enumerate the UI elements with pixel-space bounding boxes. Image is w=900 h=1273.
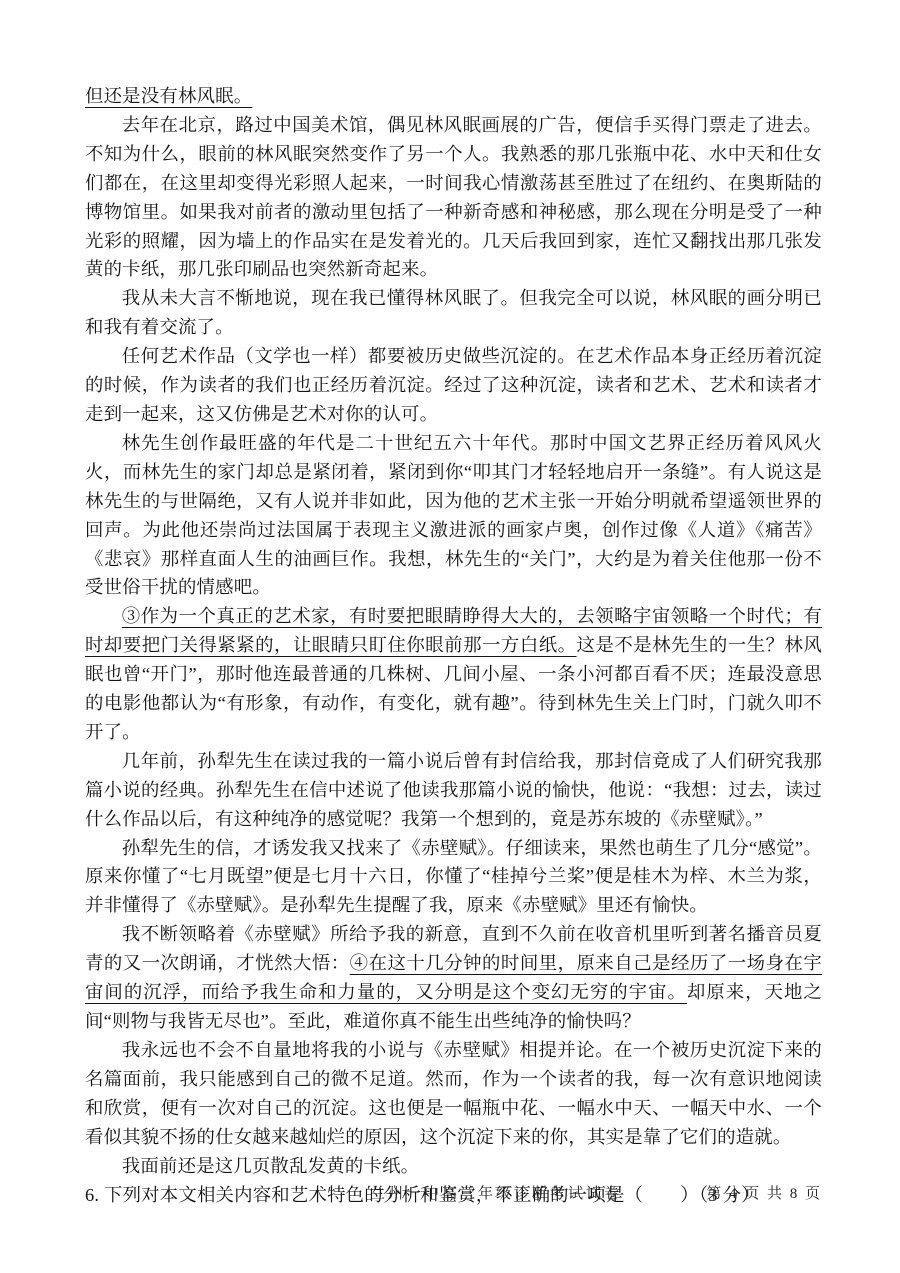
paragraph-artist-eyes: ③作为一个真正的艺术家，有时要把眼睛睁得大大的，去领略宇宙领略一个时代；有时却要… xyxy=(85,602,822,747)
text-segment: 林先生创作最旺盛的年代是二十世纪五六十年代。那时中国文艺界正经历着风风火火，而林… xyxy=(85,433,822,598)
text-segment: 我面前还是这几页散乱发黄的卡纸。 xyxy=(122,1156,419,1176)
paragraph-closing-line: 我面前还是这几页散乱发黄的卡纸。 xyxy=(85,1152,822,1181)
text-segment: 去年在北京，路过中国美术馆，偶见林风眠画展的广告，便信手买得门票走了进去。不知为… xyxy=(85,115,822,280)
article-text: 但还是没有林风眠。去年在北京，路过中国美术馆，偶见林风眠画展的广告，便信手买得门… xyxy=(85,82,822,1210)
paragraph-closed-door: 林先生创作最旺盛的年代是二十世纪五六十年代。那时中国文艺界正经历着风风火火，而林… xyxy=(85,429,822,602)
paragraph-self-sedimentation: 我永远也不会不自量地将我的小说与《赤壁赋》相提并论。在一个被历史沉淀下来的名篇面… xyxy=(85,1036,822,1152)
underlined-text-segment: 但还是没有林风眠。 xyxy=(85,86,252,106)
exam-paper-page: 但还是没有林风眠。去年在北京，路过中国美术馆，偶见林风眠画展的广告，便信手买得门… xyxy=(0,0,900,1273)
paragraph-communication: 我从未大言不惭地说，现在我已懂得林风眠了。但我完全可以说，林风眠的画分明已和我有… xyxy=(85,284,822,342)
text-segment: 我永远也不会不自量地将我的小说与《赤壁赋》相提并论。在一个被历史沉淀下来的名篇面… xyxy=(85,1040,822,1147)
text-segment: 我从未大言不惭地说，现在我已懂得林风眠了。但我完全可以说，林风眠的画分明已和我有… xyxy=(85,288,822,337)
page-footer: 兰州一中高三年级诊断考试试卷 第 4 页 共 8 页 xyxy=(85,1182,822,1204)
paragraph-sunli-letter: 几年前，孙犁先生在读过我的一篇小说后曾有封信给我，那封信竟成了人们研究我那篇小说… xyxy=(85,747,822,834)
continued-line: 但还是没有林风眠。 xyxy=(85,82,822,111)
paragraph-radio-recital: 我不断领略着《赤壁赋》所给予我的新意，直到不久前在收音机里听到著名播音员夏青的又… xyxy=(85,920,822,1036)
text-segment: 任何艺术作品（文学也一样）都要被历史做些沉淀的。在艺术作品本身正经历着沉淀的时候… xyxy=(85,346,822,424)
paragraph-sedimentation: 任何艺术作品（文学也一样）都要被历史做些沉淀的。在艺术作品本身正经历着沉淀的时候… xyxy=(85,342,822,429)
paragraph-museum-visit: 去年在北京，路过中国美术馆，偶见林风眠画展的广告，便信手买得门票走了进去。不知为… xyxy=(85,111,822,284)
paragraph-chibifu-feeling: 孙犁先生的信，才诱发我又找来了《赤壁赋》。仔细读来，果然也萌生了几分“感觉”。原… xyxy=(85,834,822,921)
text-segment: 几年前，孙犁先生在读过我的一篇小说后曾有封信给我，那封信竟成了人们研究我那篇小说… xyxy=(85,751,822,829)
footer-exam-title: 兰州一中高三年级诊断考试试卷 xyxy=(370,1182,622,1203)
text-segment: 孙犁先生的信，才诱发我又找来了《赤壁赋》。仔细读来，果然也萌生了几分“感觉”。原… xyxy=(85,838,822,916)
footer-page-number: 第 4 页 共 8 页 xyxy=(706,1182,822,1203)
